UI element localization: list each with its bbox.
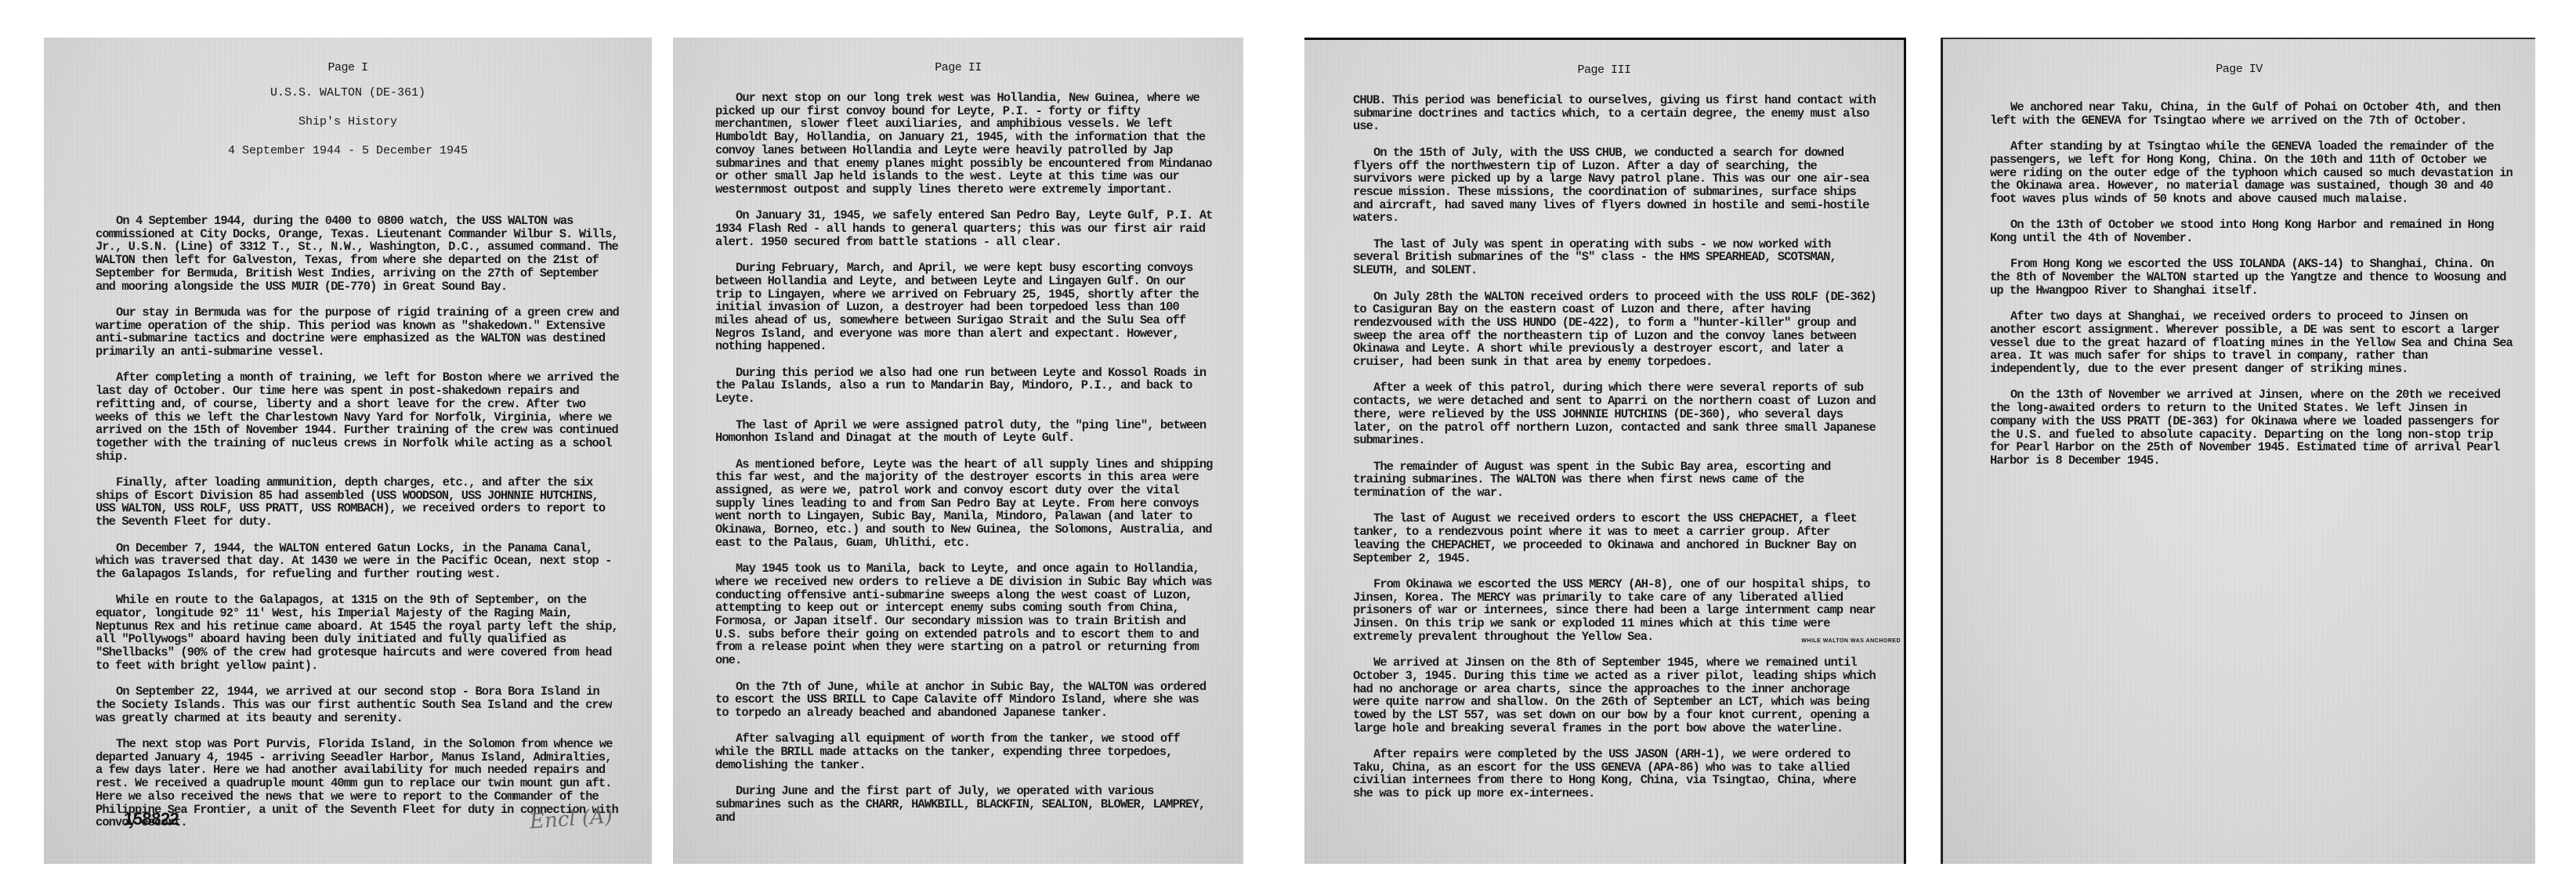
paragraph: Our stay in Bermuda was for the purpose … — [96, 306, 620, 359]
paragraph: The remainder of August was spent in the… — [1353, 461, 1882, 500]
paragraph: On July 28th the WALTON received orders … — [1353, 291, 1882, 369]
document-date-range: 4 September 1944 - 5 December 1945 — [44, 144, 652, 157]
paragraph: After salvaging all equipment of worth f… — [715, 732, 1217, 771]
paragraph: The last of April we were assigned patro… — [715, 419, 1217, 445]
paragraph: After completing a month of training, we… — [96, 371, 620, 463]
page-label: Page I — [44, 61, 652, 74]
document-title: U.S.S. WALTON (DE-361) — [44, 86, 652, 99]
paragraph: Our next stop on our long trek west was … — [715, 92, 1217, 197]
paragraph: As mentioned before, Leyte was the heart… — [715, 458, 1217, 550]
paragraph: During June and the first part of July, … — [715, 785, 1217, 824]
page-body: We anchored near Taku, China, in the Gul… — [1990, 101, 2518, 480]
paragraph: During this period we also had one run b… — [715, 367, 1217, 406]
paragraph: On the 7th of June, while at anchor in S… — [715, 681, 1217, 720]
paragraph: On September 22, 1944, we arrived at our… — [96, 685, 620, 724]
paragraph: May 1945 took us to Manila, back to Leyt… — [715, 562, 1217, 667]
paragraph: On the 13th of October we stood into Hon… — [1990, 219, 2518, 244]
paragraph: We anchored near Taku, China, in the Gul… — [1990, 101, 2518, 127]
paragraph: After standing by at Tsingtao while the … — [1990, 140, 2518, 206]
paragraph: On the 15th of July, with the USS CHUB, … — [1353, 146, 1882, 225]
document-page-3: Page III CHUB. This period was beneficia… — [1304, 38, 1906, 864]
paragraph: From Hong Kong we escorted the USS IOLAN… — [1990, 258, 2518, 297]
paragraph: CHUB. This period was beneficial to ours… — [1353, 94, 1882, 133]
page-body: CHUB. This period was beneficial to ours… — [1353, 94, 1882, 814]
paragraph: On January 31, 1945, we safely entered S… — [715, 209, 1217, 248]
paragraph: On the 13th of November we arrived at Ji… — [1990, 388, 2518, 467]
page-body: On 4 September 1944, during the 0400 to … — [96, 215, 620, 843]
paragraph: From Okinawa we escorted the USS MERCY (… — [1353, 578, 1882, 644]
typed-margin-annotation: WHILE WALTON WAS ANCHORED — [1801, 638, 1901, 644]
archive-number: 158822 — [124, 809, 179, 829]
paragraph: While en route to the Galapagos, at 1315… — [96, 594, 620, 672]
paragraph: On 4 September 1944, during the 0400 to … — [96, 215, 620, 293]
document-page-4: Page IV We anchored near Taku, China, in… — [1941, 38, 2535, 864]
paragraph: Finally, after loading ammunition, depth… — [96, 476, 620, 529]
paragraph: We arrived at Jinsen on the 8th of Septe… — [1353, 656, 1882, 735]
paragraph: During February, March, and April, we we… — [715, 262, 1217, 353]
document-header: U.S.S. WALTON (DE-361) Ship's History 4 … — [44, 86, 652, 173]
page-label: Page IV — [1943, 63, 2535, 76]
document-page-2: Page II Our next stop on our long trek w… — [673, 38, 1243, 864]
paragraph: After two days at Shanghai, we received … — [1990, 310, 2518, 376]
paragraph: After a week of this patrol, during whic… — [1353, 381, 1882, 447]
paragraph: The last of July was spent in operating … — [1353, 238, 1882, 277]
page-label: Page III — [1304, 63, 1904, 77]
paragraph: The last of August we received orders to… — [1353, 512, 1882, 565]
page-body: Our next stop on our long trek west was … — [715, 92, 1217, 837]
document-subtitle: Ship's History — [44, 115, 652, 128]
document-page-1: Page I U.S.S. WALTON (DE-361) Ship's His… — [44, 38, 652, 864]
paragraph: After repairs were completed by the USS … — [1353, 748, 1882, 800]
paragraph: On December 7, 1944, the WALTON entered … — [96, 542, 620, 581]
page-label: Page II — [673, 61, 1243, 74]
